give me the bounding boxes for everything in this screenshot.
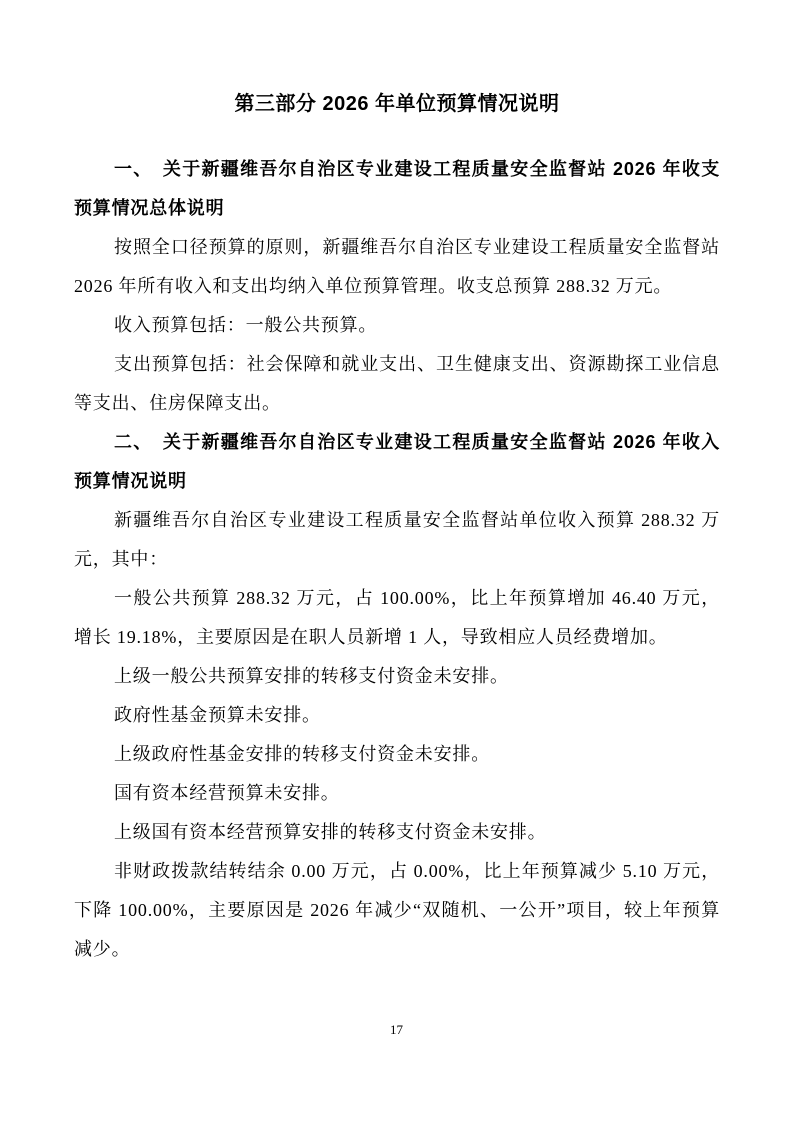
- paragraph: 一般公共预算 288.32 万元，占 100.00%，比上年预算增加 46.40…: [74, 579, 720, 657]
- paragraph: 上级国有资本经营预算安排的转移支付资金未安排。: [74, 813, 720, 852]
- paragraph: 政府性基金预算未安排。: [74, 696, 720, 735]
- paragraph: 新疆维吾尔自治区专业建设工程质量安全监督站单位收入预算 288.32 万元，其中…: [74, 501, 720, 579]
- paragraph: 上级一般公共预算安排的转移支付资金未安排。: [74, 657, 720, 696]
- paragraph: 收入预算包括：一般公共预算。: [74, 306, 720, 345]
- paragraph: 非财政拨款结转结余 0.00 万元，占 0.00%，比上年预算减少 5.10 万…: [74, 852, 720, 969]
- page-number: 17: [0, 1022, 793, 1038]
- paragraph: 支出预算包括：社会保障和就业支出、卫生健康支出、资源勘探工业信息等支出、住房保障…: [74, 345, 720, 423]
- section-heading-2: 二、 关于新疆维吾尔自治区专业建设工程质量安全监督站 2026 年收入预算情况说…: [74, 423, 720, 501]
- paragraph: 上级政府性基金安排的转移支付资金未安排。: [74, 735, 720, 774]
- document-title: 第三部分 2026 年单位预算情况说明: [74, 90, 720, 118]
- document-body: 第三部分 2026 年单位预算情况说明 一、 关于新疆维吾尔自治区专业建设工程质…: [0, 0, 793, 969]
- paragraph: 按照全口径预算的原则，新疆维吾尔自治区专业建设工程质量安全监督站 2026 年所…: [74, 228, 720, 306]
- paragraph: 国有资本经营预算未安排。: [74, 774, 720, 813]
- section-heading-1: 一、 关于新疆维吾尔自治区专业建设工程质量安全监督站 2026 年收支预算情况总…: [74, 150, 720, 228]
- document-page: 第三部分 2026 年单位预算情况说明 一、 关于新疆维吾尔自治区专业建设工程质…: [0, 0, 793, 1122]
